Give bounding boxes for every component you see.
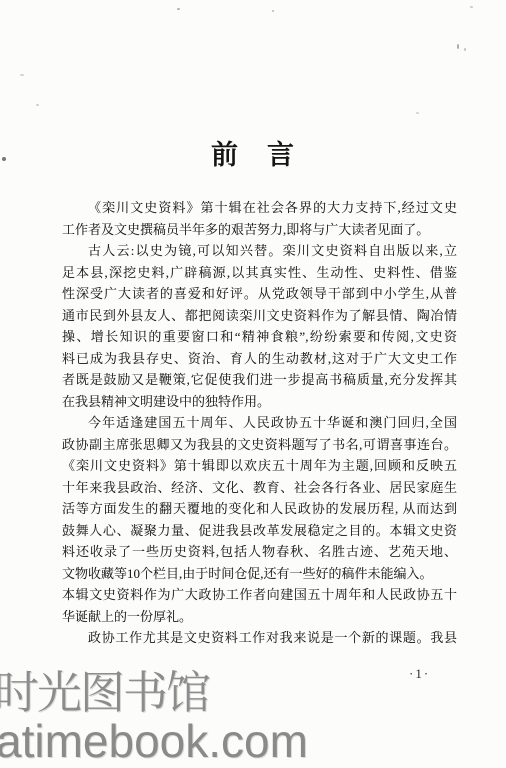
body-text: 《栾川文史资料》第十辑在社会各界的大力支持下,经过文史工作者及文史撰稿员半年多的… xyxy=(62,197,457,649)
scan-speck xyxy=(2,157,6,161)
scanned-page: 前 言 《栾川文史资料》第十辑在社会各界的大力支持下,经过文史工作者及文史撰稿员… xyxy=(0,0,506,768)
body-line: 华诞献上的一份厚礼。 xyxy=(62,606,457,628)
body-line: 料还收录了一些历史资料,包括人物春秋、名胜古迹、艺苑天地、 xyxy=(62,541,457,563)
body-line: 文物收藏等10个栏目,由于时间仓促,还有一些好的稿件未能编入。 xyxy=(62,563,457,585)
body-line: 在我县精神文明建设中的独特作用。 xyxy=(62,391,457,413)
body-line: 古人云:以史为镜,可以知兴替。栾川文史资料自出版以来,立 xyxy=(62,240,457,262)
scan-speck xyxy=(272,10,274,12)
scan-speck xyxy=(36,104,39,106)
body-line: 操、增长知识的重要窗口和“精神食粮”,纷纷索要和传阅,文史资 xyxy=(62,326,457,348)
body-line: 政协副主席张思卿又为我县的文史资料题写了书名,可谓喜事连台。 xyxy=(62,434,457,456)
page-title: 前 言 xyxy=(0,139,506,173)
page-number: ·1· xyxy=(409,666,430,682)
body-line: 性深受广大读者的喜爱和好评。从党政领导干部到中小学生,从普 xyxy=(62,283,457,305)
body-line: 通市民到外县友人、都把阅读栾川文史资料作为了解县情、陶冶情 xyxy=(62,305,457,327)
body-line: 工作者及文史撰稿员半年多的艰苦努力,即将与广大读者见面了。 xyxy=(62,219,457,241)
scan-speck xyxy=(20,74,24,76)
scan-speck xyxy=(177,8,180,10)
body-line: 政协工作尤其是文史资料工作对我来说是一个新的课题。我县 xyxy=(62,627,457,649)
body-line: 今年适逢建国五十周年、人民政协五十华诞和澳门回归,全国 xyxy=(62,412,457,434)
watermark-url-text: atimebook.com xyxy=(0,714,308,768)
scan-speck xyxy=(457,44,459,49)
body-line: 料已成为我县存史、资治、育人的生动教材,这对于广大文史工作 xyxy=(62,348,457,370)
body-line: 《栾川文史资料》第十辑在社会各界的大力支持下,经过文史 xyxy=(62,197,457,219)
scan-speck xyxy=(470,6,473,8)
body-line: 鼓舞人心、凝聚力量、促进我县改革发展稳定之目的。本辑文史资 xyxy=(62,520,457,542)
body-line: 《栾川文史资料》第十辑即以欢庆五十周年为主题,回顾和反映五 xyxy=(62,455,457,477)
body-line: 足本县,深挖史料,广辟稿源,以其真实性、生动性、史料性、借鉴 xyxy=(62,262,457,284)
body-line: 者既是鼓励又是鞭策,它促使我们进一步提高书稿质量,充分发挥其 xyxy=(62,369,457,391)
watermark-cjk-text: 时光图书馆 xyxy=(0,656,209,721)
body-line: 本辑文史资料作为广大政协工作者向建国五十周年和人民政协五十 xyxy=(62,584,457,606)
scan-speck xyxy=(416,112,419,114)
body-line: 十年来我县政治、经济、文化、教育、社会各行各业、居民家庭生 xyxy=(62,477,457,499)
body-line: 活等方面发生的翻天覆地的变化和人民政协的发展历程, 从而达到 xyxy=(62,498,457,520)
scan-speck xyxy=(464,48,466,51)
